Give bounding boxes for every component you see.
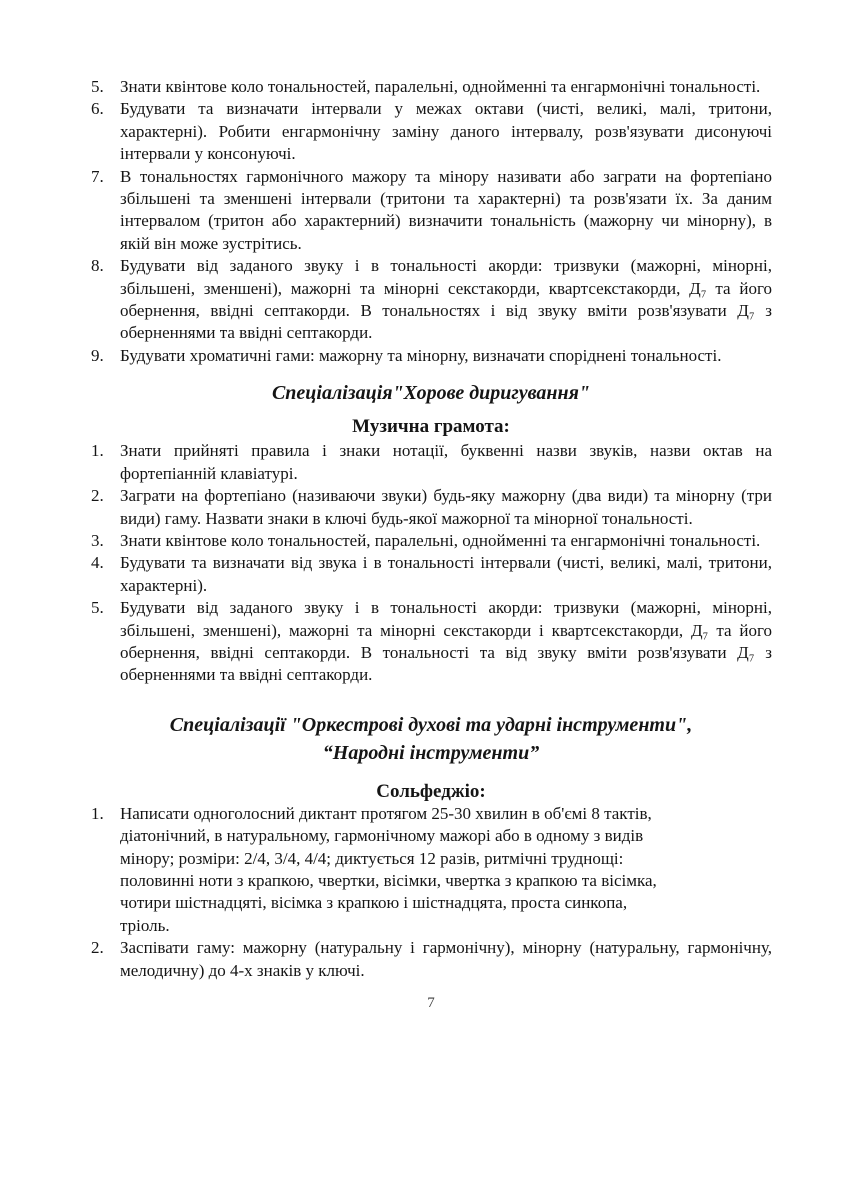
list-item: 3. Знати квінтове коло тональностей, пар…: [90, 530, 772, 552]
item-text: В тональностях гармонічного мажору та мі…: [120, 166, 772, 256]
list-item: 5. Будувати від заданого звуку і в тонал…: [90, 597, 772, 687]
list-item: 2. Заграти на фортепіано (називаючи звук…: [90, 485, 772, 530]
section-title-line1: Спеціалізації "Оркестрові духові та удар…: [170, 714, 692, 736]
item-number: 3.: [90, 530, 120, 552]
item-text: Заспівати гаму: мажорну (натуральну і га…: [120, 937, 772, 982]
list-item: 1. Написати одноголосний диктант протяго…: [90, 803, 772, 937]
item-number: 1.: [90, 803, 120, 825]
item-text: Знати квінтове коло тональностей, парале…: [120, 76, 772, 98]
page-number: 7: [90, 994, 772, 1012]
solfeggio-list: 1. Написати одноголосний диктант протяго…: [90, 803, 772, 982]
item-text: Написати одноголосний диктант протягом 2…: [120, 803, 772, 937]
item-text: Знати прийняті правила і знаки нотації, …: [120, 440, 772, 485]
document-page: 5. Знати квінтове коло тональностей, пар…: [0, 0, 849, 1200]
list-item: 8. Будувати від заданого звуку і в тонал…: [90, 255, 772, 345]
section-title-choral-conducting: Спеціалізація"Хорове диригування": [90, 380, 772, 406]
list-item: 4. Будувати та визначати від звука і в т…: [90, 552, 772, 597]
item-text: Знати квінтове коло тональностей, парале…: [120, 530, 772, 552]
item-text: Заграти на фортепіано (називаючи звуки) …: [120, 485, 772, 530]
item-number: 2.: [90, 937, 120, 959]
list-item: 5. Знати квінтове коло тональностей, пар…: [90, 76, 772, 98]
item-text: Будувати хроматичні гами: мажорну та мін…: [120, 345, 772, 367]
item-text: Будувати від заданого звуку і в тонально…: [120, 255, 772, 345]
list-item: 6. Будувати та визначати інтервали у меж…: [90, 98, 772, 165]
item-number: 8.: [90, 255, 120, 277]
subsection-title-musical-literacy: Музична грамота:: [90, 415, 772, 439]
item-number: 6.: [90, 98, 120, 120]
list-item: 9. Будувати хроматичні гами: мажорну та …: [90, 345, 772, 367]
item-number: 5.: [90, 597, 120, 619]
requirements-list-continued: 5. Знати квінтове коло тональностей, пар…: [90, 76, 772, 367]
section-title-orchestral-folk: Спеціалізації "Оркестрові духові та удар…: [90, 711, 772, 767]
item-number: 9.: [90, 345, 120, 367]
item-number: 1.: [90, 440, 120, 462]
list-item: 1. Знати прийняті правила і знаки нотаці…: [90, 440, 772, 485]
item-text: Будувати та визначати від звука і в тона…: [120, 552, 772, 597]
item-text: Будувати та визначати інтервали у межах …: [120, 98, 772, 165]
musical-literacy-list: 1. Знати прийняті правила і знаки нотаці…: [90, 440, 772, 686]
item-number: 7.: [90, 166, 120, 188]
subsection-title-solfeggio: Сольфеджіо:: [90, 781, 772, 803]
item-number: 5.: [90, 76, 120, 98]
item-number: 4.: [90, 552, 120, 574]
item-text: Будувати від заданого звуку і в тонально…: [120, 597, 772, 687]
item-number: 2.: [90, 485, 120, 507]
section-title-line2: “Народні інструменти”: [323, 742, 539, 764]
list-item: 2. Заспівати гаму: мажорну (натуральну і…: [90, 937, 772, 982]
list-item: 7. В тональностях гармонічного мажору та…: [90, 166, 772, 256]
